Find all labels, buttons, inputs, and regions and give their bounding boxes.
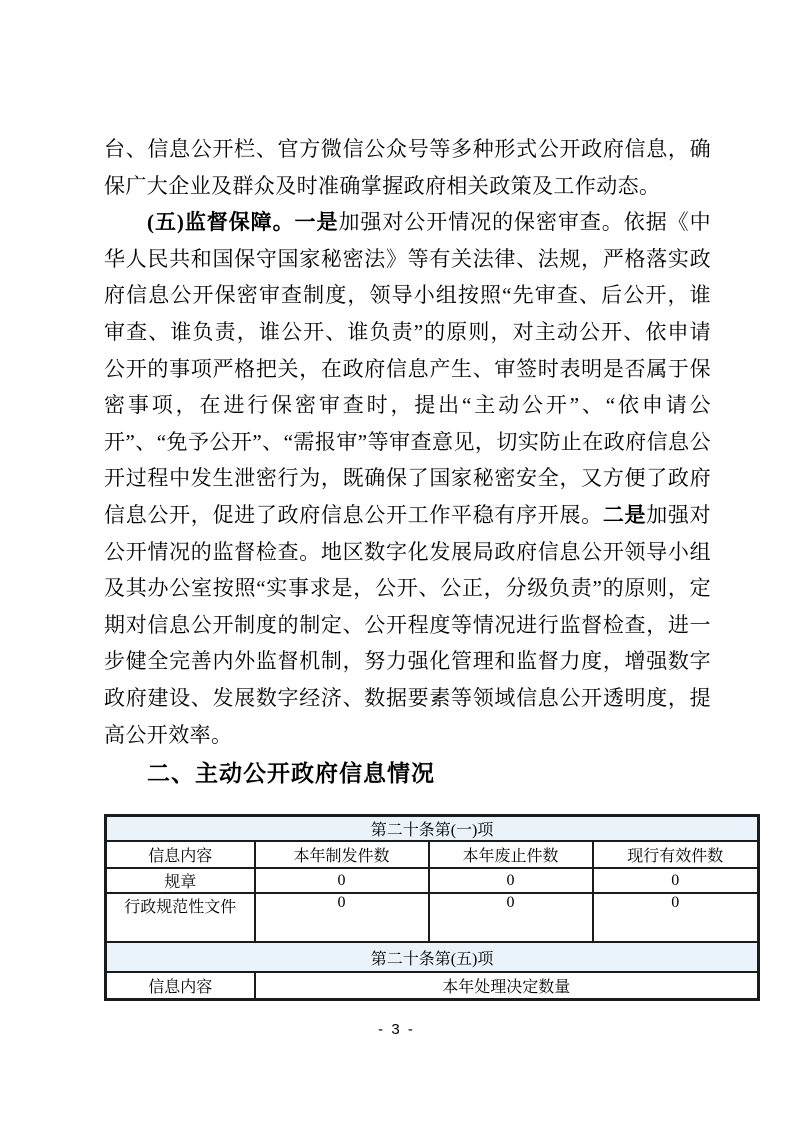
col-header-currently-valid: 现行有效件数 xyxy=(593,841,759,868)
section2-col-header-decisions: 本年处理决定数量 xyxy=(255,972,759,999)
table-section1-title: 第二十条第(一)项 xyxy=(106,816,759,842)
bold-run-supervision-lead: (五)监督保障。一是 xyxy=(147,210,338,234)
section2-col-header-info-content: 信息内容 xyxy=(106,972,255,999)
rules-valid-count: 0 xyxy=(593,868,759,893)
paragraph-supervision: (五)监督保障。一是加强对公开情况的保密审查。依据《中华人民共和国保守国家秘密法… xyxy=(104,204,711,753)
page-number: - 3 - xyxy=(0,1021,793,1038)
document-page: 台、信息公开栏、官方微信公众号等多种形式公开政府信息，确保广大企业及群众及时准确… xyxy=(0,0,793,1122)
col-header-info-content: 信息内容 xyxy=(106,841,255,868)
table-section2-title-row: 第二十条第(五)项 xyxy=(106,942,759,972)
table-section1-header-row: 信息内容 本年制发件数 本年废止件数 现行有效件数 xyxy=(106,841,759,868)
run-supervision-check: 加强对公开情况的监督检查。地区数字化发展局政府信息公开领导小组及其办公室按照“实… xyxy=(104,503,711,747)
normative-repealed-count: 0 xyxy=(429,893,593,942)
section-heading: 二、主动公开政府信息情况 xyxy=(147,758,435,788)
col-header-issued-this-year: 本年制发件数 xyxy=(255,841,429,868)
disclosure-table: 第二十条第(一)项 信息内容 本年制发件数 本年废止件数 现行有效件数 规章 0… xyxy=(104,814,760,1001)
normative-issued-count: 0 xyxy=(255,893,429,942)
paragraph-continuation: 台、信息公开栏、官方微信公众号等多种形式公开政府信息，确保广大企业及群众及时准确… xyxy=(104,131,711,204)
row-label-rules: 规章 xyxy=(106,868,255,893)
col-header-repealed-this-year: 本年废止件数 xyxy=(429,841,593,868)
normative-valid-count: 0 xyxy=(593,893,759,942)
table-row-normative-documents: 行政规范性文件 0 0 0 xyxy=(106,893,759,942)
body-text: 台、信息公开栏、官方微信公众号等多种形式公开政府信息，确保广大企业及群众及时准确… xyxy=(104,131,711,753)
bold-run-second-lead: 二是 xyxy=(603,503,646,527)
table-section1-title-row: 第二十条第(一)项 xyxy=(106,816,759,842)
table-row-rules: 规章 0 0 0 xyxy=(106,868,759,893)
row-label-normative-documents: 行政规范性文件 xyxy=(106,893,255,942)
table-section2-title: 第二十条第(五)项 xyxy=(106,942,759,972)
rules-issued-count: 0 xyxy=(255,868,429,893)
table-section2-header-row: 信息内容 本年处理决定数量 xyxy=(106,972,759,999)
rules-repealed-count: 0 xyxy=(429,868,593,893)
run-secrecy-review: 加强对公开情况的保密审查。依据《中华人民共和国保守国家秘密法》等有关法律、法规，… xyxy=(104,210,711,527)
